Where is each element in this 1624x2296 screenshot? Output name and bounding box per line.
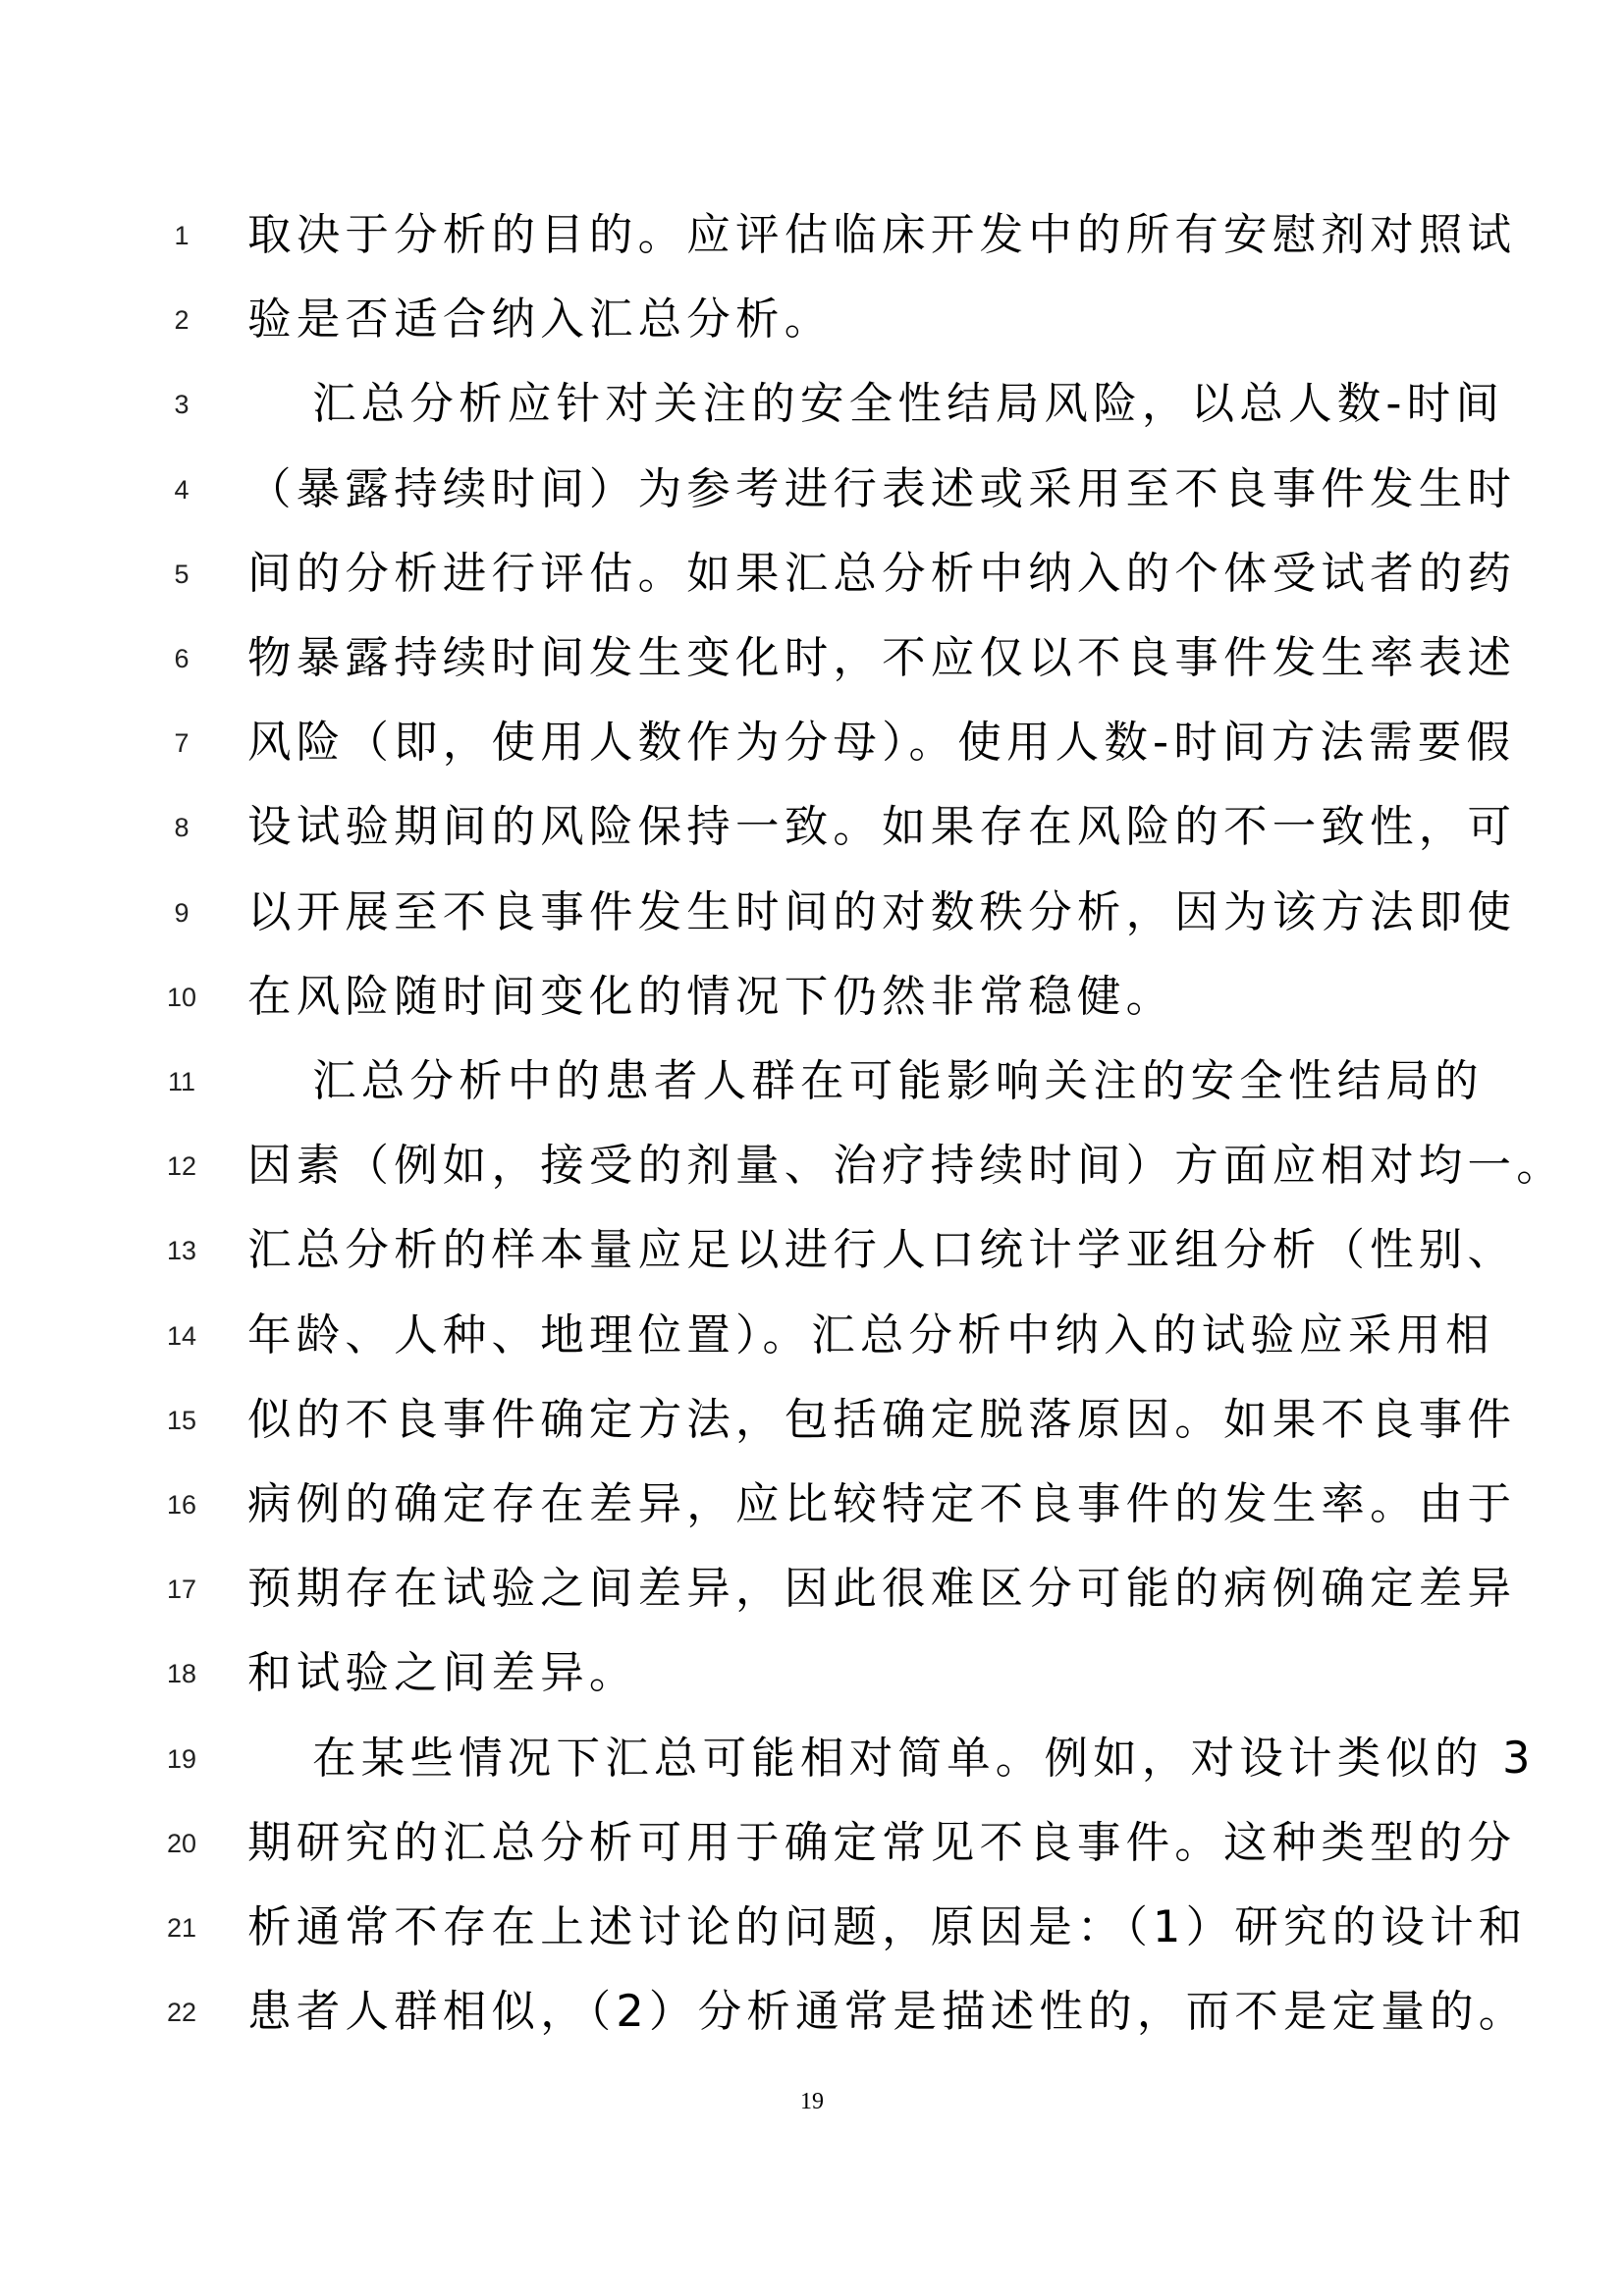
line-number: 3	[147, 362, 216, 447]
text-line: 16病例的确定存在差异，应比较特定不良事件的发生率。由于	[0, 1463, 1624, 1547]
line-text: 预期存在试验之间差异，因此很难区分可能的病例确定差异	[247, 1547, 1516, 1631]
line-number: 7	[147, 701, 216, 785]
text-line: 5间的分析进行评估。如果汇总分析中纳入的个体受试者的药	[0, 532, 1624, 616]
text-line: 22患者人群相似，（2）分析通常是描述性的，而不是定量的。	[0, 1970, 1624, 2055]
text-line: 14年龄、人种、地理位置）。汇总分析中纳入的试验应采用相	[0, 1294, 1624, 1378]
line-number: 20	[147, 1801, 216, 1886]
text-line: 13汇总分析的样本量应足以进行人口统计学亚组分析（性别、	[0, 1208, 1624, 1293]
line-text: 物暴露持续时间发生变化时，不应仅以不良事件发生率表述	[247, 616, 1516, 701]
text-line: 3汇总分析应针对关注的安全性结局风险，以总人数-时间	[0, 362, 1624, 447]
line-number: 10	[147, 955, 216, 1040]
line-text: 因素（例如，接受的剂量、治疗持续时间）方面应相对均一。	[247, 1124, 1565, 1208]
line-text: 验是否适合纳入汇总分析。	[247, 278, 833, 362]
line-number: 1	[147, 193, 216, 278]
line-number: 5	[147, 532, 216, 616]
line-text: 年龄、人种、地理位置）。汇总分析中纳入的试验应采用相	[247, 1294, 1494, 1378]
line-number: 22	[147, 1970, 216, 2055]
text-line: 9以开展至不良事件发生时间的对数秩分析，因为该方法即使	[0, 871, 1624, 955]
document-page: 1取决于分析的目的。应评估临床开发中的所有安慰剂对照试2验是否适合纳入汇总分析。…	[0, 0, 1624, 2296]
text-line: 17预期存在试验之间差异，因此很难区分可能的病例确定差异	[0, 1547, 1624, 1631]
page-number: 19	[0, 2089, 1624, 2115]
line-text: （暴露持续时间）为参考进行表述或采用至不良事件发生时	[247, 448, 1516, 532]
line-number: 19	[147, 1717, 216, 1801]
line-number: 15	[147, 1378, 216, 1463]
text-line: 15似的不良事件确定方法，包括确定脱落原因。如果不良事件	[0, 1378, 1624, 1463]
text-line: 20期研究的汇总分析可用于确定常见不良事件。这种类型的分	[0, 1801, 1624, 1886]
line-number: 18	[147, 1631, 216, 1716]
line-number: 8	[147, 785, 216, 870]
text-line: 11汇总分析中的患者人群在可能影响关注的安全性结局的	[0, 1040, 1624, 1124]
line-text: 风险（即，使用人数作为分母）。使用人数-时间方法需要假	[247, 701, 1515, 785]
text-line: 12因素（例如，接受的剂量、治疗持续时间）方面应相对均一。	[0, 1124, 1624, 1208]
text-line: 6物暴露持续时间发生变化时，不应仅以不良事件发生率表述	[0, 616, 1624, 701]
line-number: 6	[147, 616, 216, 701]
line-number: 2	[147, 278, 216, 362]
line-number: 9	[147, 871, 216, 955]
line-text: 以开展至不良事件发生时间的对数秩分析，因为该方法即使	[247, 871, 1516, 955]
line-text: 设试验期间的风险保持一致。如果存在风险的不一致性，可	[247, 785, 1516, 870]
text-line: 1取决于分析的目的。应评估临床开发中的所有安慰剂对照试	[0, 193, 1624, 278]
line-text: 取决于分析的目的。应评估临床开发中的所有安慰剂对照试	[247, 193, 1516, 278]
text-line: 19在某些情况下汇总可能相对简单。例如，对设计类似的 3	[0, 1717, 1624, 1801]
line-text: 病例的确定存在差异，应比较特定不良事件的发生率。由于	[247, 1463, 1516, 1547]
text-line: 2验是否适合纳入汇总分析。	[0, 278, 1624, 362]
line-number: 21	[147, 1886, 216, 1970]
line-text: 汇总分析应针对关注的安全性结局风险，以总人数-时间	[312, 362, 1504, 447]
line-text: 和试验之间差异。	[247, 1631, 638, 1716]
line-text: 期研究的汇总分析可用于确定常见不良事件。这种类型的分	[247, 1801, 1516, 1886]
text-line: 4（暴露持续时间）为参考进行表述或采用至不良事件发生时	[0, 448, 1624, 532]
line-text: 析通常不存在上述讨论的问题，原因是：（1）研究的设计和	[247, 1886, 1527, 1970]
line-text: 患者人群相似，（2）分析通常是描述性的，而不是定量的。	[247, 1970, 1527, 2055]
line-number: 14	[147, 1294, 216, 1378]
line-number: 13	[147, 1208, 216, 1293]
line-number: 11	[147, 1040, 216, 1124]
line-text: 汇总分析的样本量应足以进行人口统计学亚组分析（性别、	[247, 1208, 1516, 1293]
line-text: 在某些情况下汇总可能相对简单。例如，对设计类似的 3	[312, 1717, 1536, 1801]
line-text: 汇总分析中的患者人群在可能影响关注的安全性结局的	[312, 1040, 1484, 1124]
line-text: 间的分析进行评估。如果汇总分析中纳入的个体受试者的药	[247, 532, 1516, 616]
text-line: 7风险（即，使用人数作为分母）。使用人数-时间方法需要假	[0, 701, 1624, 785]
line-number: 4	[147, 448, 216, 532]
line-text: 在风险随时间变化的情况下仍然非常稳健。	[247, 955, 1174, 1040]
text-line: 21析通常不存在上述讨论的问题，原因是：（1）研究的设计和	[0, 1886, 1624, 1970]
text-line: 10在风险随时间变化的情况下仍然非常稳健。	[0, 955, 1624, 1040]
line-text: 似的不良事件确定方法，包括确定脱落原因。如果不良事件	[247, 1378, 1516, 1463]
line-number: 12	[147, 1124, 216, 1208]
text-line: 18和试验之间差异。	[0, 1631, 1624, 1716]
line-number: 16	[147, 1463, 216, 1547]
text-line: 8设试验期间的风险保持一致。如果存在风险的不一致性，可	[0, 785, 1624, 870]
line-number: 17	[147, 1547, 216, 1631]
